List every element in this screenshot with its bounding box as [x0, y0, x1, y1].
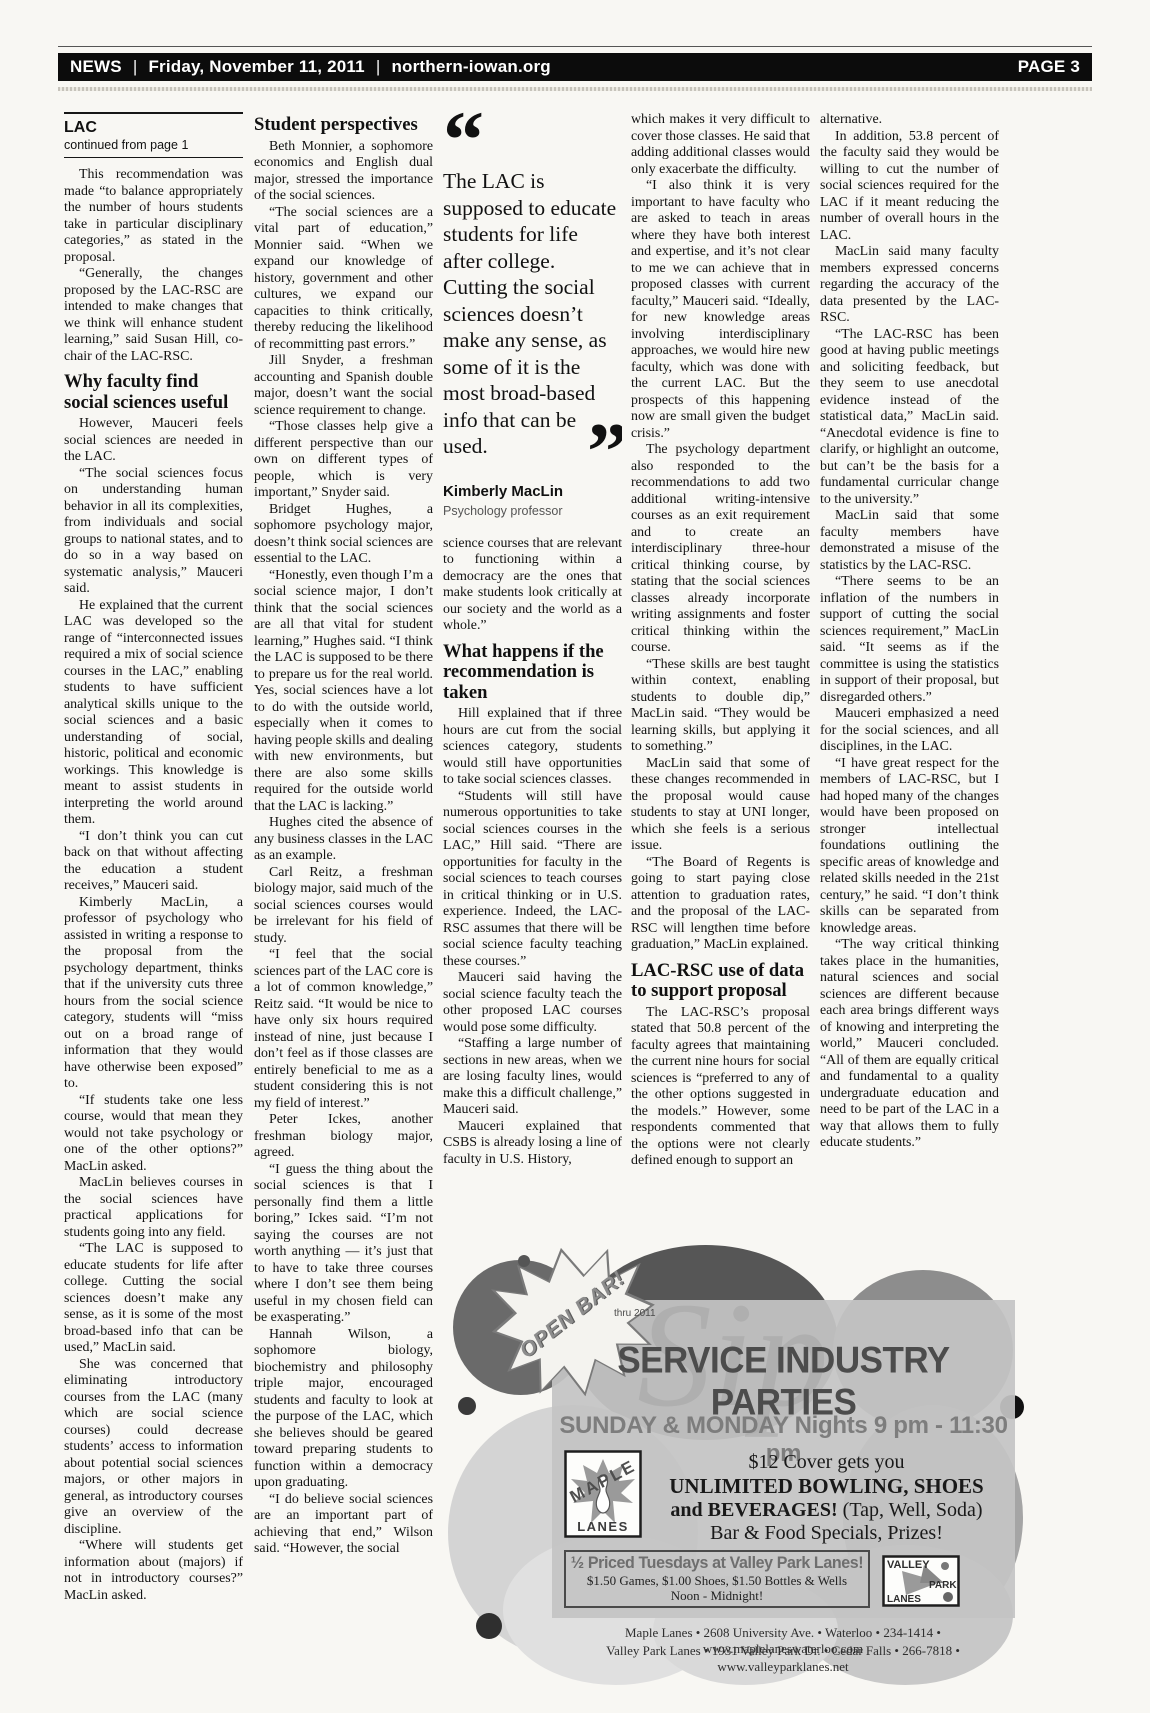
article-paragraph: “The LAC is supposed to educate students…	[64, 1241, 243, 1357]
pull-quote: “ The LAC is supposed to educate student…	[443, 108, 622, 520]
article-paragraph: Jill Snyder, a freshman accounting and S…	[254, 353, 433, 419]
article-paragraph: “I also think it is very important to ha…	[631, 178, 810, 442]
valley-logo-word: LANES	[887, 1594, 921, 1605]
column-text: science courses that are relevant to fun…	[443, 536, 622, 1169]
article-paragraph: “The social sciences focus on understand…	[64, 466, 243, 598]
tuesday-line: Noon - Midnight!	[566, 1588, 868, 1603]
ad-thru-note: thru 2011	[614, 1308, 656, 1319]
section-heading: What happens if the recommendation is ta…	[443, 642, 622, 704]
article-paragraph: Mauceri emphasized a need for the social…	[820, 706, 999, 756]
valley-park-lanes-logo: VALLEY PARK LANES	[882, 1555, 960, 1607]
bowling-ad: Sip thru 2011 SERVICE INDUSTRY PARTIES S…	[448, 1245, 1023, 1695]
article-paragraph: “There seems to be an inflation of the n…	[820, 574, 999, 706]
article-paragraph: Hill explained that if three hours are c…	[443, 706, 622, 789]
ad-offer-line: Bar & Food Specials, Prizes!	[650, 1522, 1003, 1545]
article-paragraph: “I do believe social sciences are an imp…	[254, 1492, 433, 1558]
pull-quote-role: Psychology professor	[443, 503, 622, 520]
article-paragraph: MacLin said that some of these changes r…	[631, 756, 810, 855]
article-paragraph: This recommendation was made “to balance…	[64, 167, 243, 266]
header-rule	[58, 46, 1092, 47]
article-column-4: which makes it very difficult to cover t…	[631, 112, 810, 1248]
header-site: northern-iowan.org	[391, 57, 550, 77]
header-page-number: PAGE 3	[1018, 57, 1080, 77]
article-paragraph: Mauceri said having the social science f…	[443, 970, 622, 1036]
tuesday-line: $1.50 Games, $1.00 Shoes, $1.50 Bottles …	[566, 1573, 868, 1588]
article-paragraph: Kimberly MacLin, a professor of psycholo…	[64, 895, 243, 1093]
tuesday-special-box: ½ Priced Tuesdays at Valley Park Lanes! …	[564, 1550, 870, 1608]
article-paragraph: Beth Monnier, a sophomore economics and …	[254, 139, 433, 205]
maple-lanes-logo: MAPLE LANES	[564, 1450, 642, 1538]
header-separator: |	[133, 57, 138, 77]
column-text: This recommendation was made “to balance…	[64, 167, 243, 1604]
slug-rule	[64, 112, 243, 114]
article-paragraph: MacLin said that some faculty members ha…	[820, 508, 999, 574]
page-header-bar: NEWS | Friday, November 11, 2011 | north…	[58, 53, 1092, 81]
newspaper-page: NEWS | Friday, November 11, 2011 | north…	[0, 0, 1150, 1713]
article-paragraph: The LAC-RSC’s proposal stated that 50.8 …	[631, 1005, 810, 1170]
article-paragraph: “If students take one less course, would…	[64, 1093, 243, 1176]
article-paragraph: “I feel that the social sciences part of…	[254, 947, 433, 1112]
section-heading: LAC-RSC use of data to support proposal	[631, 961, 810, 1002]
ad-panel: Sip thru 2011 SERVICE INDUSTRY PARTIES S…	[552, 1300, 1015, 1618]
article-column-2: Student perspectivesBeth Monnier, a soph…	[254, 108, 433, 1662]
continued-from-note: continued from page 1	[64, 138, 243, 153]
article-paragraph: Mauceri explained that CSBS is already l…	[443, 1119, 622, 1169]
article-paragraph: Carl Reitz, a freshman biology major, sa…	[254, 865, 433, 948]
ad-offer-row: MAPLE LANES $12 Cover gets you UNLIMITED…	[564, 1450, 1003, 1548]
article-paragraph: science courses that are relevant to fun…	[443, 536, 622, 635]
article-paragraph: “These skills are best taught within con…	[631, 657, 810, 756]
article-paragraph: In addition, 53.8 percent of the faculty…	[820, 129, 999, 245]
header-section-label: NEWS	[70, 57, 122, 77]
article-paragraph: “Staffing a large number of sections in …	[443, 1036, 622, 1119]
article-paragraph: “The way critical thinking takes place i…	[820, 937, 999, 1152]
ad-offer-text: $12 Cover gets you UNLIMITED BOWLING, SH…	[650, 1450, 1003, 1548]
article-column-1: LAC continued from page 1 This recommend…	[64, 112, 243, 1662]
ad-offer-line: and BEVERAGES! (Tap, Well, Soda)	[650, 1498, 1003, 1522]
article-paragraph: “Where will students get information abo…	[64, 1538, 243, 1604]
header-stipple-rule	[58, 87, 1092, 91]
article-paragraph: Peter Ickes, another freshman biology ma…	[254, 1112, 433, 1162]
article-paragraph: alternative.	[820, 112, 999, 129]
article-paragraph: “Generally, the changes proposed by the …	[64, 266, 243, 365]
ad-dot	[476, 1613, 502, 1639]
section-heading: Student perspectives	[254, 115, 433, 136]
article-paragraph: “Students will still have numerous oppor…	[443, 789, 622, 971]
article-slug: LAC	[64, 119, 243, 136]
article-paragraph: “I don’t think you can cut back on that …	[64, 829, 243, 895]
article-paragraph: She was concerned that eliminating intro…	[64, 1357, 243, 1539]
article-paragraph: Hannah Wilson, a sophomore biology, bioc…	[254, 1327, 433, 1492]
article-paragraph: He explained that the current LAC was de…	[64, 598, 243, 829]
header-date: Friday, November 11, 2011	[148, 57, 364, 77]
valley-logo-word: PARK	[929, 1580, 957, 1591]
valley-logo-word: VALLEY	[887, 1559, 930, 1571]
ad-offer-line: $12 Cover gets you	[650, 1451, 1003, 1474]
article-paragraph: “Those classes help give a different per…	[254, 419, 433, 502]
ad-offer-bold: and BEVERAGES!	[670, 1499, 837, 1521]
article-paragraph: “The LAC-RSC has been good at having pub…	[820, 327, 999, 509]
ad-offer-rest: (Tap, Well, Soda)	[843, 1499, 983, 1521]
section-heading: Why faculty find social sciences useful	[64, 372, 243, 413]
article-paragraph: which makes it very difficult to cover t…	[631, 112, 810, 178]
tuesday-title: ½ Priced Tuesdays at Valley Park Lanes!	[571, 1554, 864, 1573]
slug-rule	[64, 157, 243, 158]
ad-offer-line: UNLIMITED BOWLING, SHOES	[650, 1474, 1003, 1498]
article-paragraph: “I have great respect for the members of…	[820, 756, 999, 938]
article-paragraph: Hughes cited the absence of any business…	[254, 815, 433, 865]
article-paragraph: However, Mauceri feels social sciences a…	[64, 416, 243, 466]
article-paragraph: “The Board of Regents is going to start …	[631, 855, 810, 954]
maple-logo-word: LANES	[577, 1519, 629, 1534]
article-paragraph: “The social sciences are a vital part of…	[254, 205, 433, 354]
open-quote-mark: “	[443, 108, 622, 168]
article-paragraph: “I guess the thing about the social scie…	[254, 1162, 433, 1327]
article-paragraph: “Honestly, even though I’m a social scie…	[254, 568, 433, 816]
header-separator: |	[376, 57, 381, 77]
article-column-3: “ The LAC is supposed to educate student…	[443, 108, 622, 1248]
article-paragraph: MacLin said many faculty members express…	[820, 244, 999, 327]
article-paragraph: The psychology department also responded…	[631, 442, 810, 657]
ad-dot	[458, 1397, 476, 1415]
article-column-5: alternative.In addition, 53.8 percent of…	[820, 112, 999, 1252]
ad-footer-line: Valley Park Lanes • 1931 Valley Park Dr.…	[544, 1643, 1022, 1675]
article-paragraph: Bridget Hughes, a sophomore psychology m…	[254, 502, 433, 568]
article-paragraph: MacLin believes courses in the social sc…	[64, 1175, 243, 1241]
